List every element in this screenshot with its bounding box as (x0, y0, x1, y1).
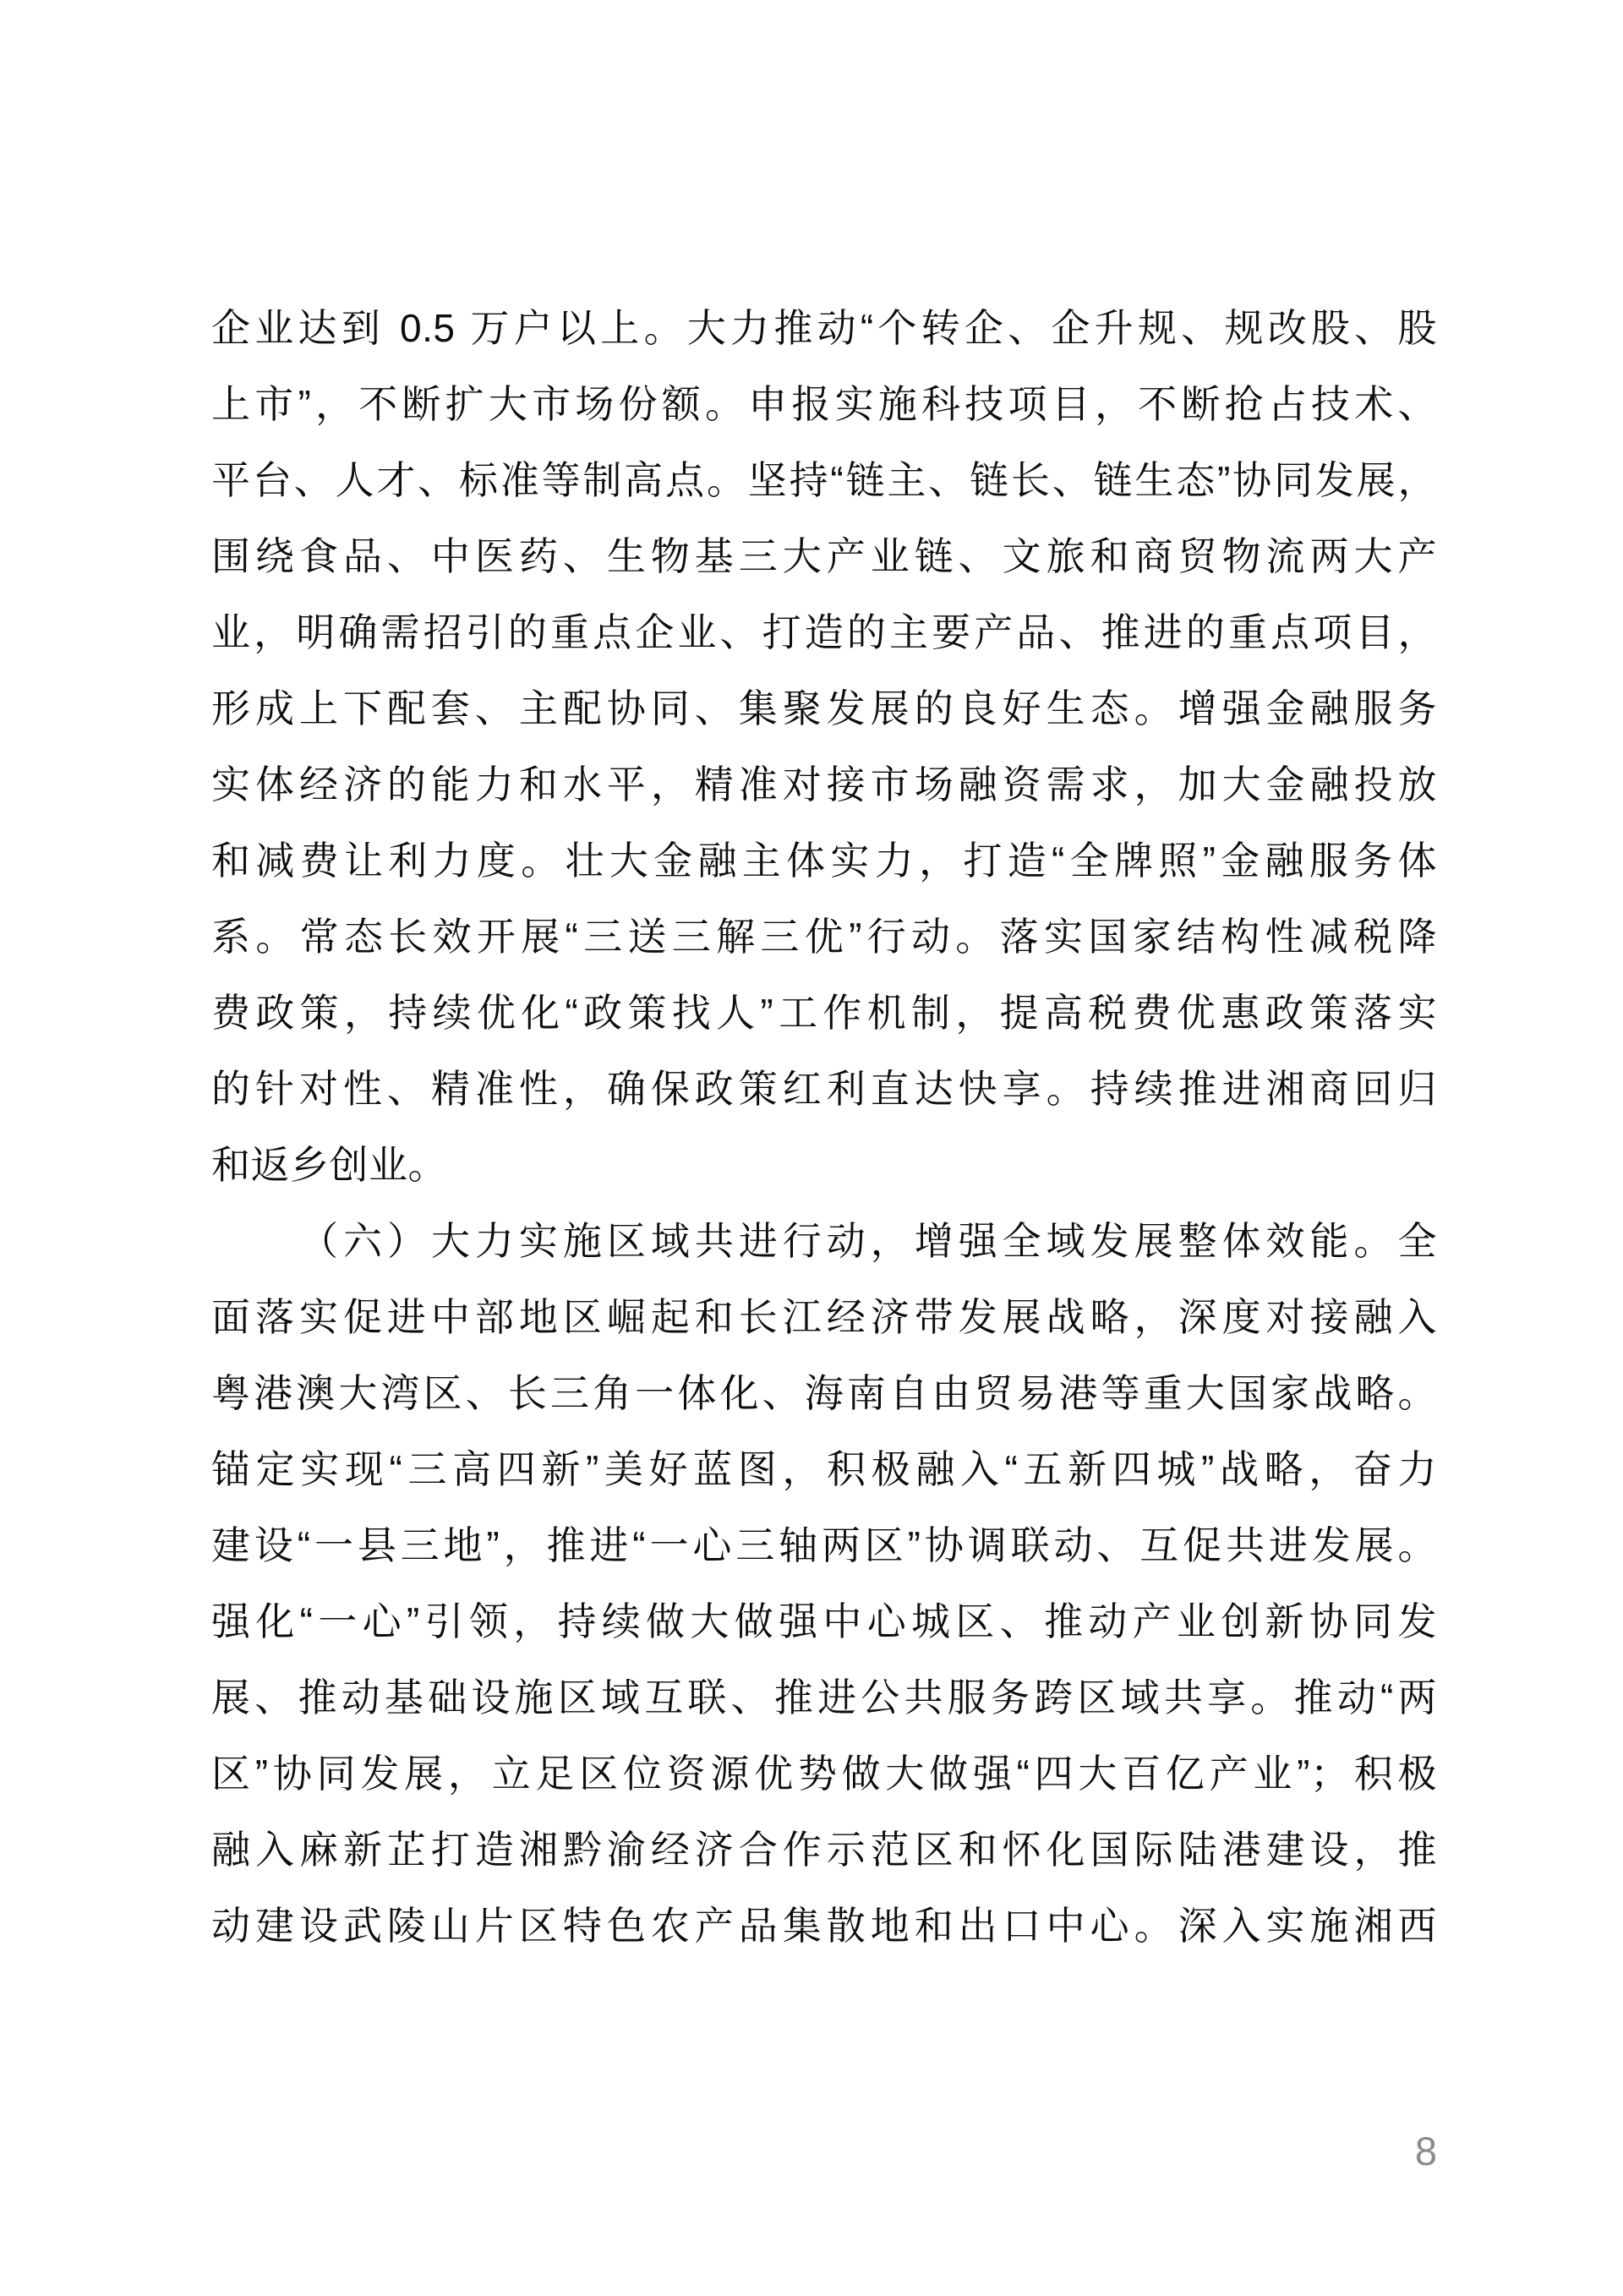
text-line: 动建设武陵山片区特色农产品集散地和出口中心。深入实施湘西 (211, 1888, 1437, 1964)
text-line: 展、推动基础设施区域互联、推进公共服务跨区域共享。推动“两 (211, 1659, 1437, 1736)
text-line: 上市”，不断扩大市场份额。申报实施科技项目，不断抢占技术、 (211, 366, 1437, 442)
text-line: 粤港澳大湾区、长三角一体化、海南自由贸易港等重大国家战略。 (211, 1355, 1437, 1431)
text-line: 锚定实现“三高四新”美好蓝图，积极融入“五新四城”战略，奋力 (211, 1431, 1437, 1507)
text-line: 融入麻新芷打造湘黔渝经济合作示范区和怀化国际陆港建设，推 (211, 1812, 1437, 1888)
text-line: 费政策，持续优化“政策找人”工作机制，提高税费优惠政策落实 (211, 975, 1437, 1051)
page-number: 8 (1268, 2126, 1437, 2177)
text-line: 实体经济的能力和水平，精准对接市场融资需求，加大金融投放 (211, 746, 1437, 823)
text-line: 建设“一县三地”，推进“一心三轴两区”协调联动、互促共进发展。 (211, 1507, 1437, 1583)
paragraph: 企业达到 0.5 万户以上。大力推动“个转企、企升规、规改股、股 上市”，不断扩… (211, 290, 1437, 1203)
text-line: 的针对性、精准性，确保政策红利直达快享。持续推进湘商回归 (211, 1051, 1437, 1127)
text-line: 企业达到 0.5 万户以上。大力推动“个转企、企升规、规改股、股 (211, 290, 1437, 366)
text-line: 强化“一心”引领，持续做大做强中心城区、推动产业创新协同发 (211, 1583, 1437, 1659)
text-line: 区”协同发展，立足区位资源优势做大做强“四大百亿产业”；积极 (211, 1736, 1437, 1812)
document-page: 企业达到 0.5 万户以上。大力推动“个转企、企升规、规改股、股 上市”，不断扩… (0, 0, 1623, 2296)
text-line: 围绕食品、中医药、生物基三大产业链、文旅和商贸物流两大产 (211, 518, 1437, 594)
text-line: （六）大力实施区域共进行动，增强全域发展整体效能。全 (211, 1203, 1437, 1279)
text-line: 平台、人才、标准等制高点。坚持“链主、链长、链生态”协同发展， (211, 442, 1437, 518)
text-line: 面落实促进中部地区崛起和长江经济带发展战略，深度对接融入 (211, 1279, 1437, 1355)
text-line: 系。常态长效开展“三送三解三优”行动。落实国家结构性减税降 (211, 899, 1437, 975)
text-block: 企业达到 0.5 万户以上。大力推动“个转企、企升规、规改股、股 上市”，不断扩… (211, 290, 1437, 1964)
text-line: 和减费让利力度。壮大金融主体实力，打造“全牌照”金融服务体 (211, 823, 1437, 899)
paragraph: （六）大力实施区域共进行动，增强全域发展整体效能。全 面落实促进中部地区崛起和长… (211, 1203, 1437, 1964)
text-line: 形成上下配套、主配协同、集聚发展的良好生态。增强金融服务 (211, 670, 1437, 746)
text-line: 和返乡创业。 (211, 1127, 1437, 1203)
text-line: 业，明确需招引的重点企业、打造的主要产品、推进的重点项目， (211, 594, 1437, 670)
